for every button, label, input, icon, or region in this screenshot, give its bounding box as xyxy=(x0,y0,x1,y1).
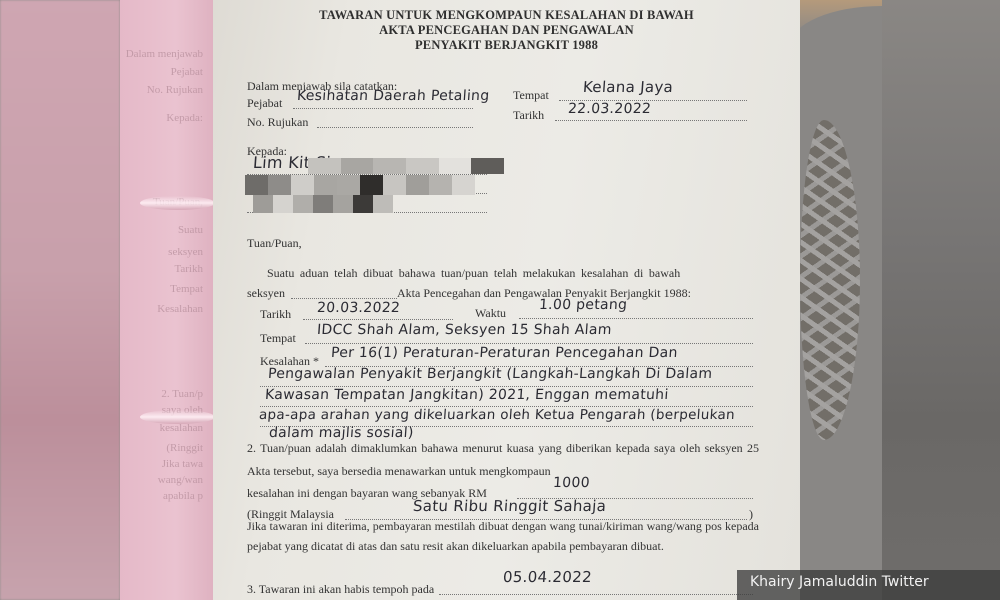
title-line: TAWARAN UNTUK MENGKOMPAUN KESALAHAN DI B… xyxy=(213,8,800,23)
paper-crease xyxy=(140,410,215,424)
amount-value: 1000 xyxy=(552,475,590,491)
ghost-text: Tarikh xyxy=(174,263,203,275)
tarikh-dotted-line xyxy=(555,120,747,121)
expiry-dotted-line xyxy=(439,594,753,595)
ghost-text: Dalam menjawab xyxy=(126,48,203,60)
offense-tempat-label: Tempat xyxy=(260,331,296,346)
kesalahan-line: apa-apa arahan yang dikeluarkan oleh Ket… xyxy=(258,407,735,423)
waktu-label: Waktu xyxy=(475,306,506,321)
no-rujukan-dotted-line xyxy=(317,127,473,128)
paragraph-2: 2. Tuan/puan adalah dimaklumkan bahawa m… xyxy=(247,437,759,482)
compound-offer-form: TAWARAN UNTUK MENGKOMPAUN KESALAHAN DI B… xyxy=(213,0,800,600)
seksyen-label: seksyen xyxy=(247,286,285,301)
complaint-intro: Suatu aduan telah dibuat bahawa tuan/pua… xyxy=(267,266,680,281)
redacted-address xyxy=(253,195,393,213)
salutation: Tuan/Puan, xyxy=(247,236,302,251)
offense-tarikh-value: 20.03.2022 xyxy=(316,300,400,316)
redacted-address xyxy=(308,158,504,174)
kesalahan-line: Kawasan Tempatan Jangkitan) 2021, Enggan… xyxy=(264,387,669,403)
kesalahan-line: Per 16(1) Peraturan-Peraturan Pencegahan… xyxy=(330,345,678,361)
waktu-value: 1.00 petang xyxy=(538,297,627,313)
blurred-background-right xyxy=(882,0,1000,600)
title-line: PENYAKIT BERJANGKIT 1988 xyxy=(213,38,800,53)
tarikh-label: Tarikh xyxy=(513,108,544,123)
ghost-text: Tempat xyxy=(170,283,203,295)
ghost-text: (Ringgit xyxy=(166,442,203,454)
paragraph-3-label: 3. Tawaran ini akan habis tempoh pada xyxy=(247,582,434,597)
ghost-text: Pejabat xyxy=(171,66,203,78)
no-rujukan-label: No. Rujukan xyxy=(247,115,308,130)
ghost-text: Kesalahan xyxy=(157,303,203,315)
source-watermark: Khairy Jamaluddin Twitter xyxy=(737,570,1000,600)
waktu-dotted-line xyxy=(519,318,753,319)
title-line: AKTA PENCEGAHAN DAN PENGAWALAN xyxy=(213,23,800,38)
redacted-address xyxy=(245,175,475,195)
form-title: TAWARAN UNTUK MENGKOMPAUN KESALAHAN DI B… xyxy=(213,8,800,53)
ringgit-words: Satu Ribu Ringgit Sahaja xyxy=(412,497,606,515)
ghost-text: 2. Tuan/p xyxy=(161,388,203,400)
offense-tempat-value: IDCC Shah Alam, Seksyen 15 Shah Alam xyxy=(316,322,612,338)
ghost-text: No. Rujukan xyxy=(147,84,203,96)
expiry-value: 05.04.2022 xyxy=(502,568,592,586)
offense-tempat-dotted-line xyxy=(305,343,753,344)
pink-carbon-copy: Dalam menjawab Pejabat No. Rujukan Kepad… xyxy=(120,0,215,600)
pejabat-label: Pejabat xyxy=(247,96,282,111)
pejabat-dotted-line xyxy=(293,108,473,109)
offense-tarikh-label: Tarikh xyxy=(260,307,291,322)
tempat-label: Tempat xyxy=(513,88,549,103)
offense-tarikh-dotted-line xyxy=(303,319,453,320)
ghost-text: wang/wan xyxy=(158,474,203,486)
kesalahan-line: Pengawalan Penyakit Berjangkit (Langkah-… xyxy=(267,366,712,382)
blurred-background-left xyxy=(0,0,120,600)
ghost-text: apabila p xyxy=(163,490,203,502)
pejabat-value: Kesihatan Daerah Petaling xyxy=(296,88,490,104)
ghost-text: seksyen xyxy=(168,246,203,258)
payment-text: Jika tawaran ini diterima, pembayaran me… xyxy=(247,516,759,556)
tarikh-value: 22.03.2022 xyxy=(567,101,651,117)
ghost-text: Kepada: xyxy=(166,112,203,124)
ghost-text: Suatu xyxy=(178,224,203,236)
paper-crease xyxy=(140,196,215,210)
tempat-value: Kelana Jaya xyxy=(582,78,673,96)
ghost-text: Jika tawa xyxy=(162,458,203,470)
seksyen-dotted-line xyxy=(291,298,397,299)
